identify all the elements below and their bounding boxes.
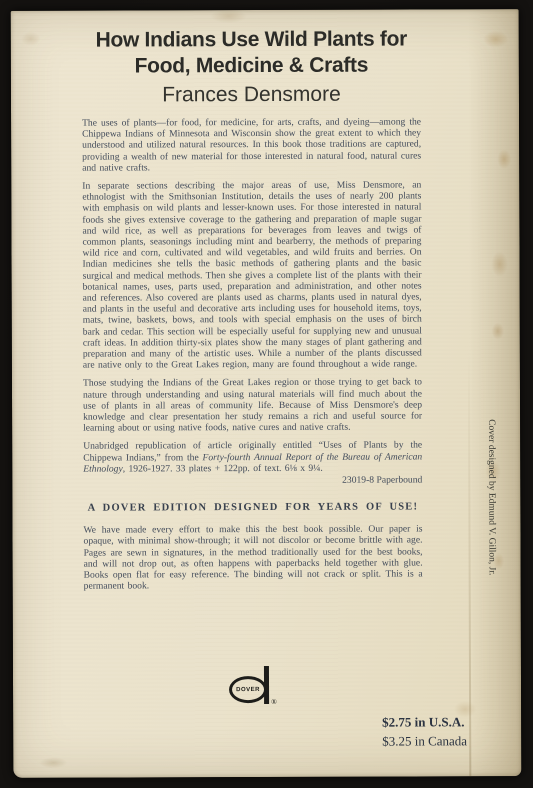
cover-text-column: How Indians Use Wild Plants for Food, Me… bbox=[82, 26, 423, 591]
registered-trademark-symbol: ® bbox=[271, 697, 277, 706]
book-title-line-1: How Indians Use Wild Plants for bbox=[82, 26, 421, 53]
price-usa: $2.75 in U.S.A. bbox=[382, 713, 467, 732]
blurb-paragraph-2: In separate sections describing the majo… bbox=[82, 179, 422, 371]
dover-logo-wordmark: DOVER bbox=[236, 687, 260, 693]
bibliographic-note-suffix: , 1926-1927. 33 plates + 122pp. of text.… bbox=[123, 463, 323, 475]
catalog-number: 23019-8 Paperbound bbox=[83, 475, 422, 488]
dover-logo: DOVER ® bbox=[229, 666, 281, 710]
dover-edition-heading: A DOVER EDITION DESIGNED FOR YEARS OF US… bbox=[83, 502, 422, 514]
bibliographic-note: Unabridged republication of article orig… bbox=[83, 440, 422, 475]
price-block: $2.75 in U.S.A. $3.25 in Canada bbox=[382, 713, 467, 750]
dover-logo-oval: DOVER bbox=[229, 676, 267, 703]
book-title: How Indians Use Wild Plants for Food, Me… bbox=[82, 26, 421, 79]
dover-logo-ascender bbox=[264, 666, 269, 704]
blurb-paragraph-1: The uses of plants—for food, for medicin… bbox=[82, 116, 421, 173]
cover-designer-credit: Cover designed by Edmund V. Gillon, Jr. bbox=[482, 419, 497, 601]
cover-crease bbox=[468, 349, 471, 776]
book-back-cover: How Indians Use Wild Plants for Food, Me… bbox=[11, 9, 522, 778]
blurb-paragraph-3: Those studying the Indians of the Great … bbox=[83, 377, 422, 434]
book-title-line-2: Food, Medicine & Crafts bbox=[82, 52, 421, 79]
dover-quality-paragraph: We have made every effort to make this t… bbox=[83, 524, 422, 592]
book-author: Frances Densmore bbox=[82, 82, 421, 107]
price-canada: $3.25 in Canada bbox=[382, 732, 467, 751]
